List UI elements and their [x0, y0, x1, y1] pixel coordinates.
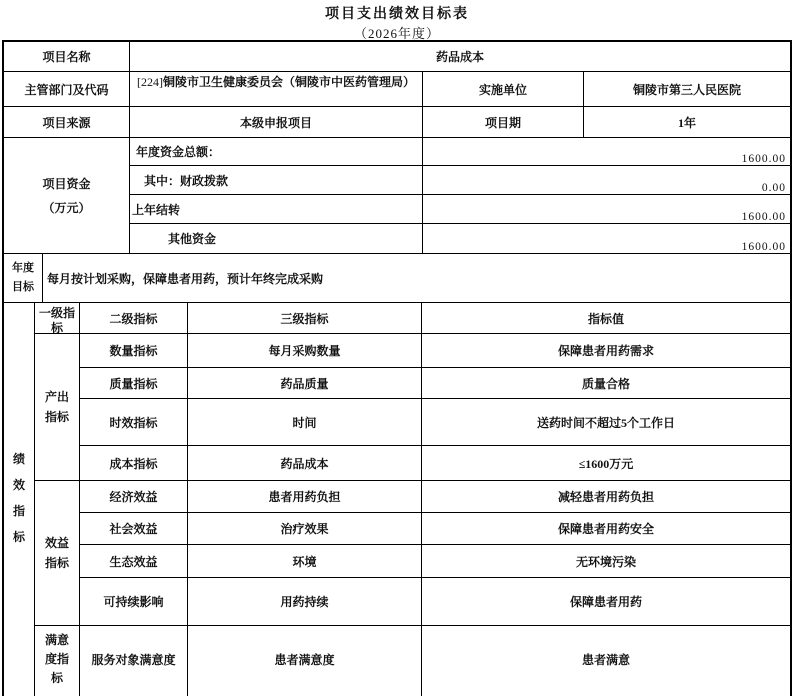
impl-unit-label: 实施单位 [423, 72, 584, 106]
doc-title: 项目支出绩效目标表 [0, 0, 794, 23]
annual-goal-content: 每月按计划采购，保障患者用药，预计年终完成采购 [43, 254, 790, 302]
indicator-header-row: 一级指标 二级指标 三级指标 指标值 [35, 303, 790, 334]
funding-other-value: 1600.00 [423, 224, 790, 253]
indicator-row: 服务对象满意度 患者满意度 患者满意 [80, 626, 790, 692]
value-cell: 患者满意 [422, 626, 790, 692]
annual-goal-row: 年度目标 每月按计划采购，保障患者用药，预计年终完成采购 [4, 254, 790, 303]
l3-cell: 药品质量 [188, 368, 422, 398]
value-cell: 保障患者用药需求 [422, 334, 790, 367]
funding-fiscal-label: 其中：财政拨款 [130, 166, 423, 194]
indicator-row: 经济效益 患者用药负担 减轻患者用药负担 [80, 481, 790, 513]
impl-unit-value: 铜陵市第三人民医院 [584, 72, 790, 106]
period-value: 1年 [584, 107, 790, 137]
l3-cell: 用药持续 [188, 578, 422, 625]
group-satisfaction: 满意度指标 服务对象满意度 患者满意度 患者满意 [35, 626, 790, 692]
l3-cell: 环境 [188, 545, 422, 577]
performance-label: 绩效指标 [4, 303, 35, 692]
performance-target-table: 项目名称 药品成本 主管部门及代码 [224]铜陵市卫生健康委员会（铜陵市中医药… [2, 40, 792, 696]
header-level2: 二级指标 [80, 303, 188, 333]
header-value: 指标值 [422, 303, 790, 333]
indicator-row: 质量指标 药品质量 质量合格 [80, 368, 790, 399]
funding-row-carryover: 上年结转 1600.00 [130, 195, 790, 224]
group-output: 产出指标 数量指标 每月采购数量 保障患者用药需求 质量指标 药品质量 质量合格… [35, 334, 790, 481]
funding-total-value: 1600.00 [423, 138, 790, 165]
value-cell: 保障患者用药 [422, 578, 790, 625]
continuation-cell [188, 692, 422, 696]
l2-cell: 成本指标 [80, 446, 188, 480]
project-name-label: 项目名称 [4, 42, 130, 71]
funding-carryover-label: 上年结转 [130, 195, 423, 223]
dept-label: 主管部门及代码 [4, 72, 130, 106]
indicator-row: 可持续影响 用药持续 保障患者用药 [80, 578, 790, 625]
funding-label: 项目资金 （万元） [4, 138, 130, 253]
indicator-row: 生态效益 环境 无环境污染 [80, 545, 790, 578]
dept-value: [224]铜陵市卫生健康委员会（铜陵市中医药管理局） [130, 72, 423, 106]
header-level3: 三级指标 [188, 303, 422, 333]
indicator-row: 数量指标 每月采购数量 保障患者用药需求 [80, 334, 790, 368]
value-cell: 减轻患者用药负担 [422, 481, 790, 512]
l3-cell: 时间 [188, 399, 422, 445]
value-cell: 送药时间不超过5个工作日 [422, 399, 790, 445]
value-cell: 无环境污染 [422, 545, 790, 577]
value-cell: ≤1600万元 [422, 446, 790, 480]
indicator-row: 社会效益 治疗效果 保障患者用药安全 [80, 513, 790, 545]
continuation-cell [4, 692, 35, 696]
project-name-row: 项目名称 药品成本 [4, 42, 790, 72]
l3-cell: 每月采购数量 [188, 334, 422, 367]
dept-name: 铜陵市卫生健康委员会（铜陵市中医药管理局） [163, 75, 415, 89]
l2-cell: 可持续影响 [80, 578, 188, 625]
funding-section: 项目资金 （万元） 年度资金总额： 1600.00 其中：财政拨款 0.00 上… [4, 138, 790, 254]
source-label: 项目来源 [4, 107, 130, 137]
project-name-value: 药品成本 [130, 42, 790, 71]
l3-cell: 药品成本 [188, 446, 422, 480]
group-benefit-label: 效益指标 [35, 481, 80, 625]
dept-code: [224] [137, 75, 163, 89]
dept-value-text: [224]铜陵市卫生健康委员会（铜陵市中医药管理局） [130, 72, 422, 106]
source-value: 本级申报项目 [130, 107, 423, 137]
l2-cell: 数量指标 [80, 334, 188, 367]
group-benefit: 效益指标 经济效益 患者用药负担 减轻患者用药负担 社会效益 治疗效果 保障患者… [35, 481, 790, 626]
performance-label-text: 绩效指标 [12, 446, 26, 550]
period-label: 项目期 [423, 107, 584, 137]
funding-total-label: 年度资金总额： [130, 138, 423, 165]
l2-cell: 生态效益 [80, 545, 188, 577]
continuation-cell [80, 692, 188, 696]
source-row: 项目来源 本级申报项目 项目期 1年 [4, 107, 790, 138]
header-level1: 一级指标 [35, 303, 80, 333]
l2-cell: 经济效益 [80, 481, 188, 512]
indicator-row: 时效指标 时间 送药时间不超过5个工作日 [80, 399, 790, 446]
continuation-cell [422, 692, 790, 696]
l2-cell: 质量指标 [80, 368, 188, 398]
group-satisfaction-label: 满意度指标 [35, 626, 80, 692]
l3-cell: 患者用药负担 [188, 481, 422, 512]
document-page: { "title": "项目支出绩效目标表", "subtitle": "（20… [0, 0, 794, 698]
funding-row-total: 年度资金总额： 1600.00 [130, 138, 790, 166]
l2-cell: 服务对象满意度 [80, 626, 188, 692]
indicator-row: 成本指标 药品成本 ≤1600万元 [80, 446, 790, 480]
value-cell: 保障患者用药安全 [422, 513, 790, 544]
funding-other-label: 其他资金 [130, 224, 423, 253]
funding-row-fiscal: 其中：财政拨款 0.00 [130, 166, 790, 195]
doc-subtitle: （2026年度） [0, 23, 794, 40]
annual-goal-label: 年度目标 [4, 254, 43, 302]
funding-row-other: 其他资金 1600.00 [130, 224, 790, 253]
l3-cell: 患者满意度 [188, 626, 422, 692]
funding-fiscal-value: 0.00 [423, 166, 790, 194]
value-cell: 质量合格 [422, 368, 790, 398]
performance-section: 绩效指标 一级指标 二级指标 三级指标 指标值 产出指标 数量指标 [4, 303, 790, 692]
l2-cell: 时效指标 [80, 399, 188, 445]
table-continuation-row [4, 692, 790, 696]
continuation-cell [35, 692, 80, 696]
department-row: 主管部门及代码 [224]铜陵市卫生健康委员会（铜陵市中医药管理局） 实施单位 … [4, 72, 790, 107]
l2-cell: 社会效益 [80, 513, 188, 544]
group-output-label: 产出指标 [35, 334, 80, 480]
funding-carryover-value: 1600.00 [423, 195, 790, 223]
l3-cell: 治疗效果 [188, 513, 422, 544]
